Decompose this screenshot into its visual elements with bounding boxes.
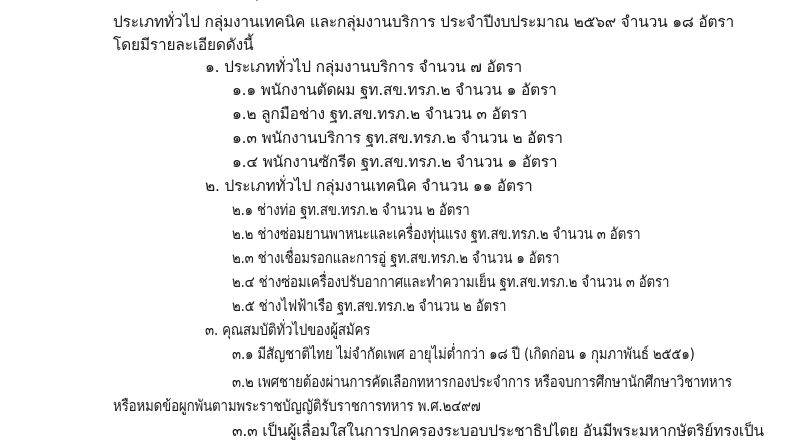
section-3-item-3: ๓.๓ เป็นผู้เลื่อมใสในการปกครองระบอบประชา… xyxy=(232,421,764,441)
section-2-heading: ๒. ประเภททั่วไป กลุ่มงานเทคนิค จำนวน ๑๑ … xyxy=(205,176,533,196)
intro-line-1: ประเภททั่วไป กลุ่มงานเทคนิค และกลุ่มงานบ… xyxy=(113,12,734,32)
intro-line-2: โดยมีรายละเอียดดังนี้ xyxy=(113,35,253,55)
section-1-item-1: ๑.๑ พนักงานตัดผม ฐท.สข.ทรภ.๒ จำนวน ๑ อัต… xyxy=(232,80,557,100)
section-2-item-3: ๒.๓ ช่างเชื่อมรอกและการอู่ ฐท.สข.ทรภ.๒ จ… xyxy=(232,248,559,268)
section-1-heading: ๑. ประเภททั่วไป กลุ่มงานบริการ จำนวน ๗ อ… xyxy=(205,57,522,77)
section-2-item-5: ๒.๕ ช่างไฟฟ้าเรือ ฐท.สข.ทรภ.๒ จำนวน ๒ อั… xyxy=(232,296,506,316)
document-page: ฯ ประเภททั่วไป กลุ่มงานเทคนิค และกลุ่มงา… xyxy=(0,0,800,445)
cut-off-top-line: ฯ xyxy=(250,0,258,6)
section-2-item-2: ๒.๒ ช่างซ่อมยานพาหนะและเครื่องทุ่นแรง ฐท… xyxy=(232,224,640,244)
section-2-item-4: ๒.๔ ช่างซ่อมเครื่องปรับอากาศและทำความเย็… xyxy=(232,272,669,292)
section-3-item-1: ๓.๑ มีสัญชาติไทย ไม่จำกัดเพศ อายุไม่ต่ำก… xyxy=(232,344,695,364)
section-1-item-3: ๑.๓ พนักงานบริการ ฐท.สข.ทรภ.๒ จำนวน ๒ อั… xyxy=(232,128,563,148)
section-3-item-2: ๓.๒ เพศชายต้องผ่านการคัดเลือกทหารกองประจ… xyxy=(232,372,732,392)
section-1-item-2: ๑.๒ ลูกมือช่าง ฐท.สข.ทรภ.๒ จำนวน ๓ อัตรา xyxy=(232,104,527,124)
section-1-item-4: ๑.๔ พนักงานซักรีด ฐท.สข.ทรภ.๒ จำนวน ๑ อั… xyxy=(232,152,557,172)
section-3-heading: ๓. คุณสมบัติทั่วไปของผู้สมัคร xyxy=(205,320,370,340)
section-2-item-1: ๒.๑ ช่างท่อ ฐท.สข.ทรภ.๒ จำนวน ๒ อัตรา xyxy=(232,200,470,220)
section-3-item-2-continuation: หรือหมดข้อผูกพันตามพระราชบัญญัติรับราชกา… xyxy=(113,396,481,416)
